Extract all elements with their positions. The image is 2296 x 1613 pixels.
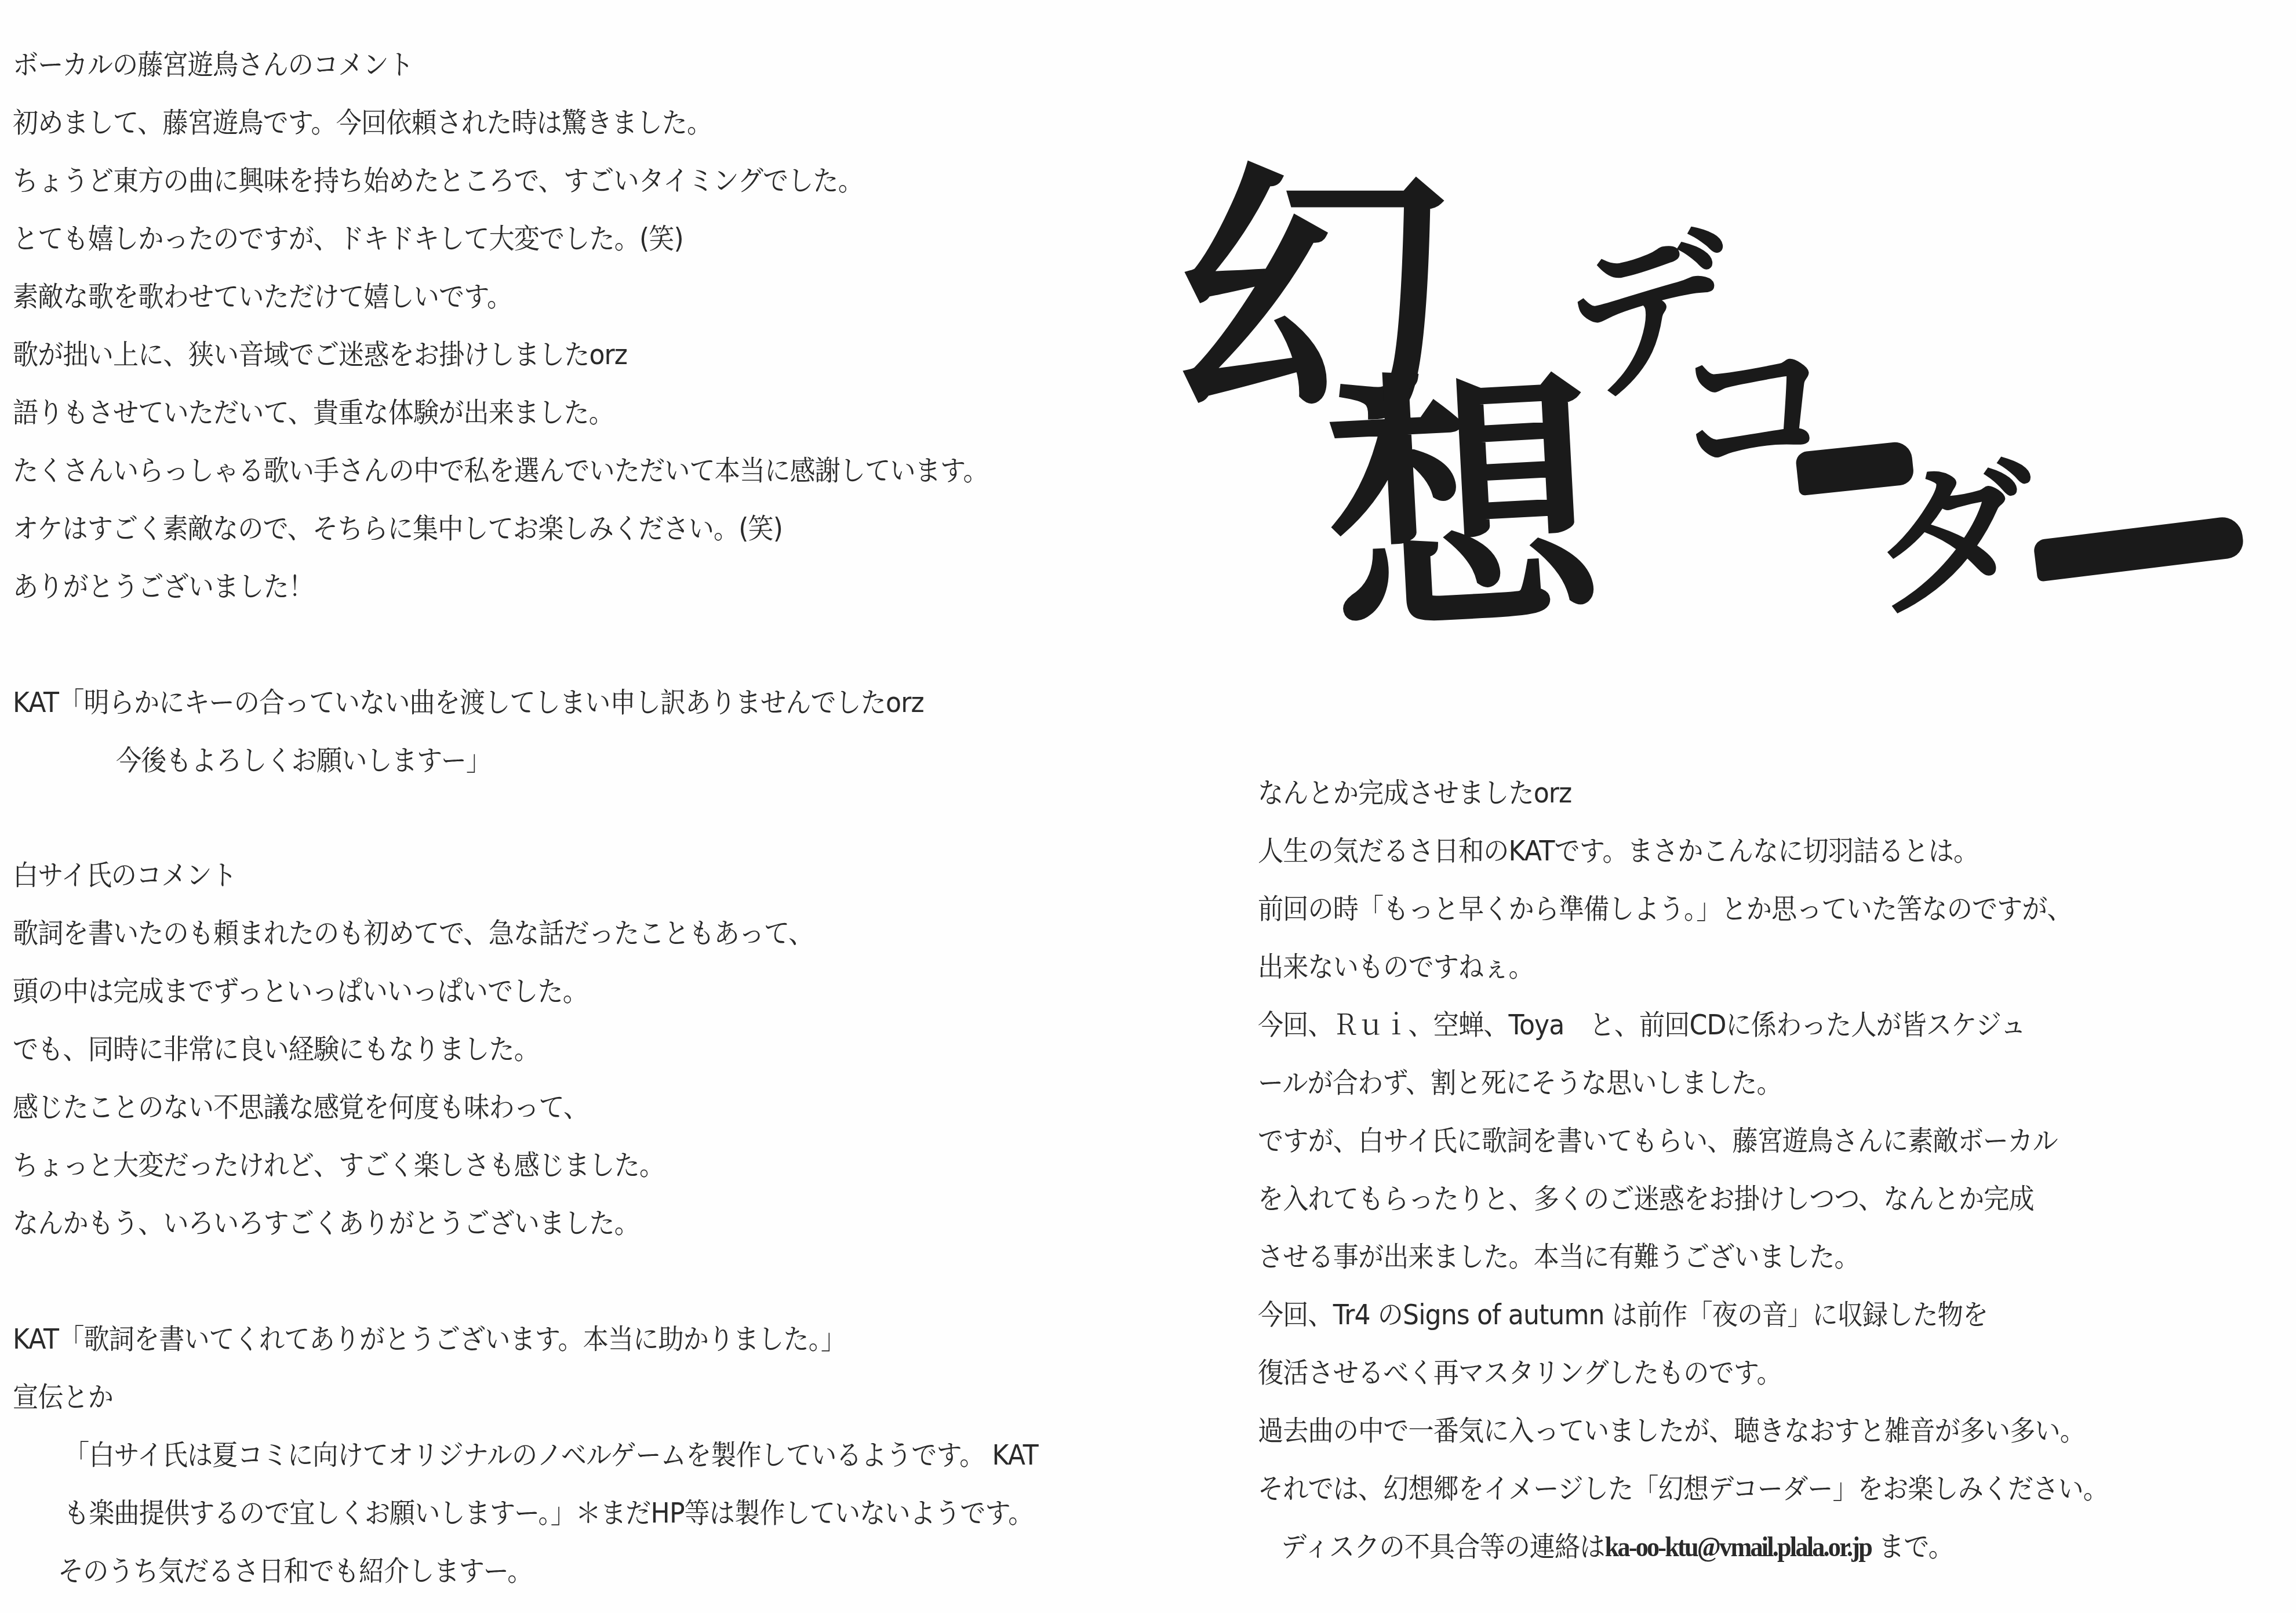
notes-line: 過去曲の中で一番気に入っていましたが、聴きなおすと雑音が多い多い。 (1258, 1414, 2085, 1448)
promo-line: 「白サイ氏は夏コミに向けてオリジナルのノベルゲームを製作しているようです。 KA… (64, 1438, 1038, 1473)
lyricist-comment-line: 感じたことのない不思議な感覚を何度も味わって、 (13, 1090, 588, 1125)
contact-prefix: ディスクの不具合等の連絡は (1281, 1531, 1605, 1563)
section-heading-promo: 宣伝とか (13, 1380, 113, 1415)
scanned-liner-notes-page: ボーカルの藤宮遊鳥さんのコメント 初めまして、藤宮遊鳥です。今回依頼された時は驚… (0, 0, 2296, 1613)
notes-line: させる事が出来ました。本当に有難うございました。 (1258, 1240, 1860, 1274)
kat-reply-line: KAT「明らかにキーの合っていない曲を渡してしまい申し訳ありませんでしたorz (13, 685, 924, 720)
vocal-comment-line: ちょうど東方の曲に興味を持ち始めたところで、すごいタイミングでした。 (13, 164, 863, 198)
vocal-comment-line: オケはすごく素敵なので、そちらに集中してお楽しみください。(笑) (13, 511, 783, 546)
kat-reply-to-lyricist: KAT「歌詞を書いてくれてありがとうございます。本当に助かりました。」 (13, 1322, 846, 1357)
vocal-comment-line: 素敵な歌を歌わせていただけて嬉しいです。 (13, 279, 512, 314)
vocal-comment-line: 歌が拙い上に、狭い音域でご迷惑をお掛けしましたorz (13, 337, 627, 372)
lyricist-comment-line: 頭の中は完成までずっといっぱいいっぱいでした。 (13, 974, 588, 1009)
title-glyph-sou: 想 (1320, 364, 1607, 651)
vocal-comment-line: たくさんいらっしゃる歌い手さんの中で私を選んでいただいて本当に感謝しています。 (13, 453, 988, 488)
promo-line: も楽曲提供するので宜しくお願いしますー。」＊まだHP等は製作していないようです。 (64, 1496, 1033, 1531)
contact-email-link[interactable]: ka-oo-ktu@vmail.plala.or.jp (1605, 1532, 1871, 1563)
lyricist-comment-line: 歌詞を書いたのも頼まれたのも初めてで、急な話だったこともあって、 (13, 916, 813, 951)
vocal-comment-line: 初めまして、藤宮遊鳥です。今回依頼された時は驚きました。 (13, 106, 712, 140)
contact-line: ディスクの不具合等の連絡はka-oo-ktu@vmail.plala.or.jp… (1281, 1530, 1953, 1565)
notes-line: 今回、Ｒｕｉ、空蝉、Toya と、前回CDに係わった人が皆スケジュ (1258, 1008, 2025, 1042)
notes-line: 前回の時「もっと早くから準備しよう。」とか思っていた筈なのですが、 (1258, 892, 2072, 927)
promo-line: そのうち気だるさ日和でも紹介しますー。 (58, 1554, 532, 1589)
section-heading-lyricist: 白サイ氏のコメント (13, 858, 236, 893)
contact-suffix: まで。 (1871, 1531, 1953, 1563)
notes-line: 人生の気だるさ日和のKATです。まさかこんなに切羽詰るとは。 (1258, 834, 1978, 869)
notes-line: 出来ないものですねぇ。 (1258, 950, 1534, 984)
vocal-comment-line: とても嬉しかったのですが、ドキドキして大変でした。(笑) (13, 221, 683, 256)
notes-line: なんとか完成させましたorz (1258, 776, 1571, 811)
title-glyph-da: ダ (1867, 453, 2040, 626)
kat-reply-line: 今後もよろしくお願いしますー」 (116, 743, 491, 778)
vocal-comment-line: ありがとうございました！ (13, 569, 314, 604)
section-heading-vocal: ボーカルの藤宮遊鳥さんのコメント (13, 48, 413, 82)
notes-line: 今回、Tr4 のSigns of autumn は前作「夜の音」に収録した物を (1258, 1298, 1988, 1332)
notes-line: それでは、幻想郷をイメージした「幻想デコーダー」をお楽しみください。 (1258, 1472, 2108, 1506)
lyricist-comment-line: でも、同時に非常に良い経験にもなりました。 (13, 1032, 539, 1067)
notes-line: 復活させるべく再マスタリングしたものです。 (1258, 1356, 1782, 1390)
lyricist-comment-line: ちょっと大変だったけれど、すごく楽しさも感じました。 (13, 1148, 664, 1183)
lyricist-comment-line: なんかもう、いろいろすごくありがとうございました。 (13, 1206, 639, 1241)
vocal-comment-line: 語りもさせていただいて、貴重な体験が出来ました。 (13, 395, 614, 430)
notes-line: を入れてもらったりと、多くのご迷惑をお掛けしつつ、なんとか完成 (1258, 1182, 2034, 1216)
title-long-vowel-mark (2033, 515, 2245, 582)
notes-line: ですが、白サイ氏に歌詞を書いてもらい、藤宮遊鳥さんに素敵ボーカル (1258, 1124, 2058, 1158)
notes-line: ールが合わず、割と死にそうな思いしました。 (1258, 1066, 1782, 1100)
